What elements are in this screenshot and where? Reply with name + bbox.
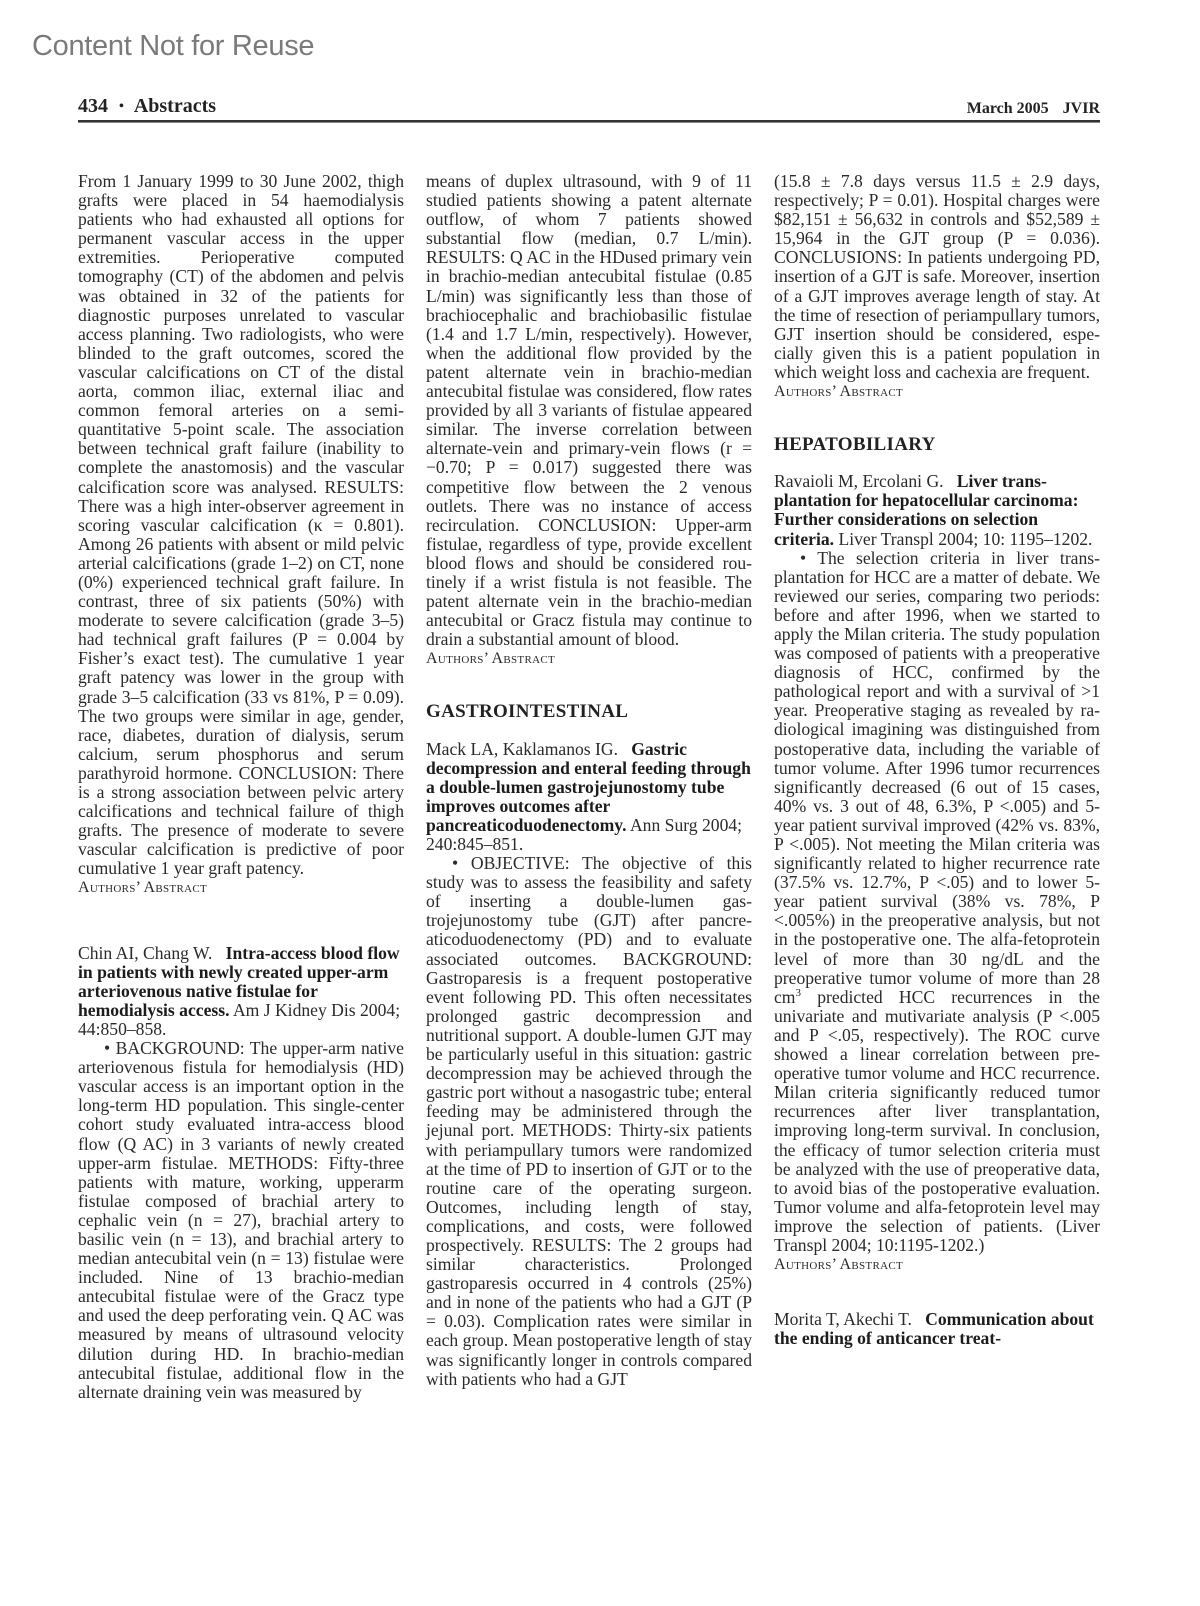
abstract-ravaioli: Ravaioli M, Ercolani G. Liver trans­plan… [774, 472, 1100, 1274]
abstract-body-part-a: • The selection criteria in liver trans­… [774, 548, 1100, 1007]
authors-abstract-signature: Authors’ Abstract [426, 649, 752, 668]
article-columns: From 1 January 1999 to 30 June 2002, thi… [78, 172, 1100, 1512]
header-rule [78, 122, 1100, 123]
abstract-body: • The selection criteria in liver trans­… [774, 549, 1100, 1255]
authors-abstract-signature: Authors’ Abstract [774, 382, 1100, 401]
issue-info: March 2005 JVIR [957, 100, 1100, 118]
abstract-morita: Morita T, Akechi T. Communication about … [774, 1310, 1100, 1348]
abstract-body-continued: means of duplex ultrasound, with 9 of 11… [426, 172, 752, 649]
column-2: means of duplex ultrasound, with 9 of 11… [426, 172, 752, 1512]
citation-source: Liver Transpl 2004; 10: 1195–1202. [838, 529, 1092, 549]
citation-authors: Chin AI, Chang W. [78, 943, 212, 963]
citation: Mack LA, Kaklamanos IG. Gastric decompre… [426, 740, 752, 855]
authors-abstract-signature: Authors’ Abstract [774, 1255, 1100, 1274]
page-section-label: 434 • Abstracts [78, 95, 216, 118]
citation: Chin AI, Chang W. Intra-access blood flo… [78, 944, 404, 1039]
column-1: From 1 January 1999 to 30 June 2002, thi… [78, 172, 404, 1512]
page-number: 434 [78, 95, 108, 117]
journal-name: JVIR [1063, 100, 1100, 117]
abstract-body: • BACKGROUND: The upper-arm native arter… [78, 1039, 404, 1402]
abstract-body-part-b: predicted HCC recurrences in the univari… [774, 987, 1100, 1255]
abstract-body: • OBJECTIVE: The objective of this study… [426, 854, 752, 1389]
abstract-mack: Mack LA, Kaklamanos IG. Gastric decompre… [426, 740, 752, 1389]
running-header: 434 • Abstracts March 2005 JVIR [78, 92, 1100, 122]
abstract-chin: Chin AI, Chang W. Intra-access blood flo… [78, 944, 404, 1402]
section-heading-hepatobiliary: HEPATOBILIARY [774, 435, 1100, 454]
bullet-separator: • [119, 99, 124, 114]
section-heading-gastrointestinal: GASTROINTESTINAL [426, 702, 752, 721]
section-name: Abstracts [134, 95, 216, 117]
column-3: (15.8 ± 7.8 days versus 11.5 ± 2.9 days,… [774, 172, 1100, 1512]
citation-authors: Morita T, Akechi T. [774, 1309, 912, 1329]
citation-authors: Ravaioli M, Ercolani G. [774, 471, 944, 491]
citation: Ravaioli M, Ercolani G. Liver trans­plan… [774, 472, 1100, 548]
abstract-continuation-text: From 1 January 1999 to 30 June 2002, thi… [78, 172, 404, 878]
abstract-body-continued: (15.8 ± 7.8 days versus 11.5 ± 2.9 days,… [774, 172, 1100, 382]
citation-authors: Mack LA, Kaklamanos IG. [426, 739, 618, 759]
citation: Morita T, Akechi T. Communication about … [774, 1310, 1100, 1348]
issue-date: March 2005 [967, 100, 1049, 117]
watermark: Content Not for Reuse [32, 30, 314, 63]
authors-abstract-signature: Authors’ Abstract [78, 878, 404, 897]
